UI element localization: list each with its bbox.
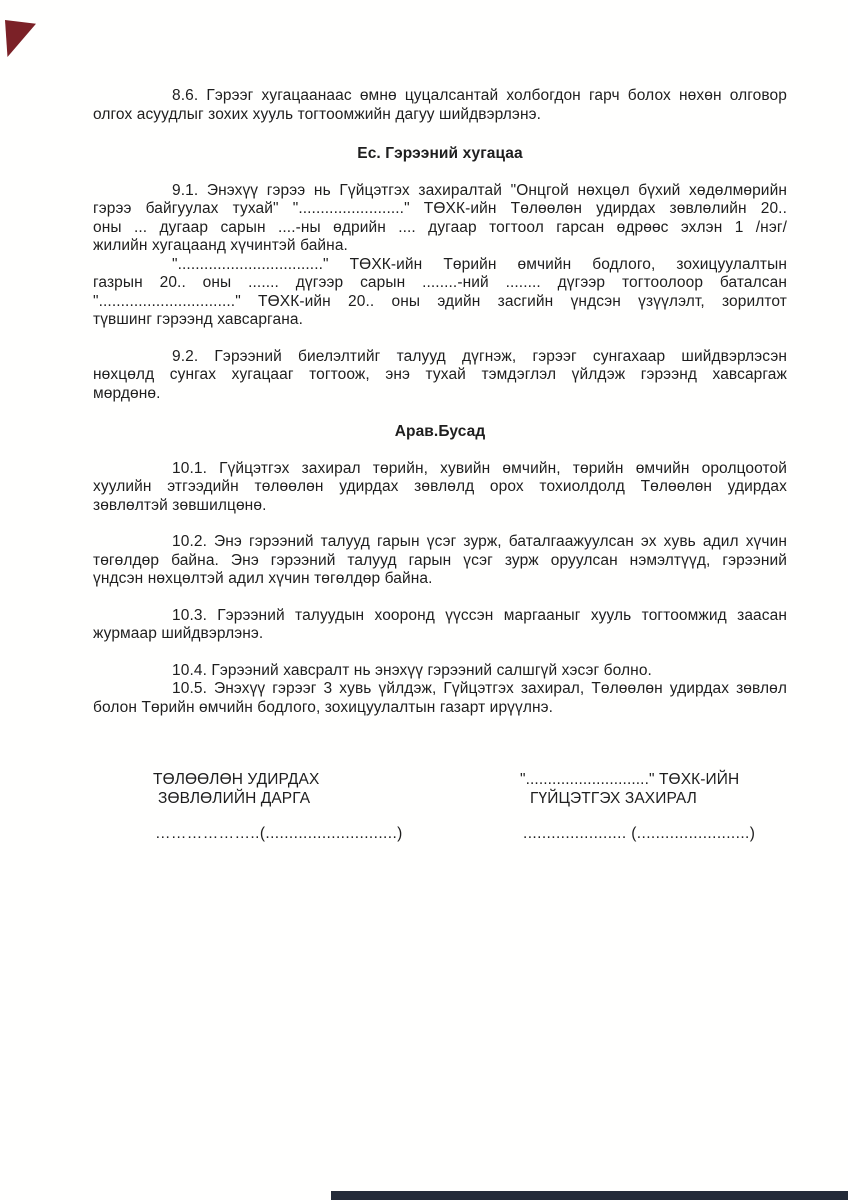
scanned-contract-page: 8.6. Гэрээг хугацаанаас өмнө цуцалсантай… [0, 0, 848, 1200]
text-line: зөвлөлтэй зөвшилцөнө. [93, 497, 787, 516]
text-line: жилийн хугацаанд хүчинтэй байна. [93, 237, 787, 256]
clause-9-1: 9.1. Энэхүү гэрээ нь Гүйцэтгэх захиралта… [93, 182, 787, 256]
signature-dotted-line-left: ………………..(............................) [155, 825, 403, 844]
text-line: олгох асуудлыг зохих хууль тогтоомжийн д… [93, 106, 787, 125]
clause-10-3: 10.3. Гэрээний талуудын хооронд үүссэн м… [93, 607, 787, 644]
text-line: 10.3. Гэрээний талуудын хооронд үүссэн м… [93, 607, 787, 626]
signatory-left-title-line-1: ТӨЛӨӨЛӨН УДИРДАХ [153, 771, 319, 790]
clause-10-1: 10.1. Гүйцэтгэх захирал төрийн, хувийн ө… [93, 460, 787, 516]
text-line: 10.5. Энэхүү гэрээг 3 хувь үйлдэж, Гүйцэ… [93, 680, 787, 699]
text-line: "..............................." ТӨХК-и… [93, 293, 787, 312]
text-line: 10.2. Энэ гэрээний талууд гарын үсэг зур… [93, 533, 787, 552]
signatory-left-title-line-2: ЗӨВЛӨЛИЙН ДАРГА [153, 790, 319, 809]
text-line: 9.1. Энэхүү гэрээ нь Гүйцэтгэх захиралта… [93, 182, 787, 201]
section-heading-nine: Ес. Гэрээний хугацаа [93, 145, 787, 164]
text-line: төгөлдөр байна. Энэ гэрээний талууд гары… [93, 552, 787, 571]
signatory-right-title-line-1: "............................" ТӨХК-ИЙН [520, 771, 739, 790]
text-line: гэрээ байгуулах тухай" "................… [93, 200, 787, 219]
text-line: түвшинг гэрээнд хавсаргана. [93, 311, 787, 330]
text-line: нөхцөлд сунгах хугацааг тогтоож, энэ тух… [93, 366, 787, 385]
text-line: 10.1. Гүйцэтгэх захирал төрийн, хувийн ө… [93, 460, 787, 479]
signatory-left: ТӨЛӨӨЛӨН УДИРДАХ ЗӨВЛӨЛИЙН ДАРГА [153, 771, 319, 808]
text-line: газрын 20.. оны ....... дүгээр сарын ...… [93, 274, 787, 293]
section-heading-ten: Арав.Бусад [93, 423, 787, 442]
text-line: 9.2. Гэрээний биелэлтийг талууд дүгнэж, … [93, 348, 787, 367]
signature-dotted-line-right: ...................... (................… [523, 825, 755, 844]
signature-lines-row: ………………..(............................) .… [93, 825, 787, 844]
clause-9-1-continued: "................................." ТӨХК… [93, 256, 787, 330]
text-line: 10.4. Гэрээний хавсралт нь энэхүү гэрээн… [93, 662, 787, 681]
signatory-right: "............................" ТӨХК-ИЙН … [520, 771, 739, 808]
signatory-right-title-line-2: ГҮЙЦЭТГЭХ ЗАХИРАЛ [520, 790, 739, 809]
text-line: хуулийн этгээдийн төлөөлөн удирдах зөвлө… [93, 478, 787, 497]
clause-8-6: 8.6. Гэрээг хугацаанаас өмнө цуцалсантай… [93, 87, 787, 124]
corner-fold-mark [5, 20, 36, 57]
clause-9-2: 9.2. Гэрээний биелэлтийг талууд дүгнэж, … [93, 348, 787, 404]
clause-10-5: 10.5. Энэхүү гэрээг 3 хувь үйлдэж, Гүйцэ… [93, 680, 787, 717]
document-text-column: 8.6. Гэрээг хугацаанаас өмнө цуцалсантай… [93, 87, 787, 844]
text-line: журмаар шийдвэрлэнэ. [93, 625, 787, 644]
clause-10-2: 10.2. Энэ гэрээний талууд гарын үсэг зур… [93, 533, 787, 589]
text-line: 8.6. Гэрээг хугацаанаас өмнө цуцалсантай… [93, 87, 787, 106]
text-line: "................................." ТӨХК… [93, 256, 787, 275]
text-line: оны ... дугаар сарын ....-ны өдрийн ....… [93, 219, 787, 238]
scanner-edge-bar [331, 1191, 848, 1200]
text-line: болон Төрийн өмчийн бодлого, зохицуулалт… [93, 699, 787, 718]
signature-block: ТӨЛӨӨЛӨН УДИРДАХ ЗӨВЛӨЛИЙН ДАРГА "......… [93, 771, 787, 808]
clause-10-4: 10.4. Гэрээний хавсралт нь энэхүү гэрээн… [93, 662, 787, 681]
text-line: мөрдөнө. [93, 385, 787, 404]
text-line: үндсэн нөхцөлтэй адил хүчин төгөлдөр бай… [93, 570, 787, 589]
